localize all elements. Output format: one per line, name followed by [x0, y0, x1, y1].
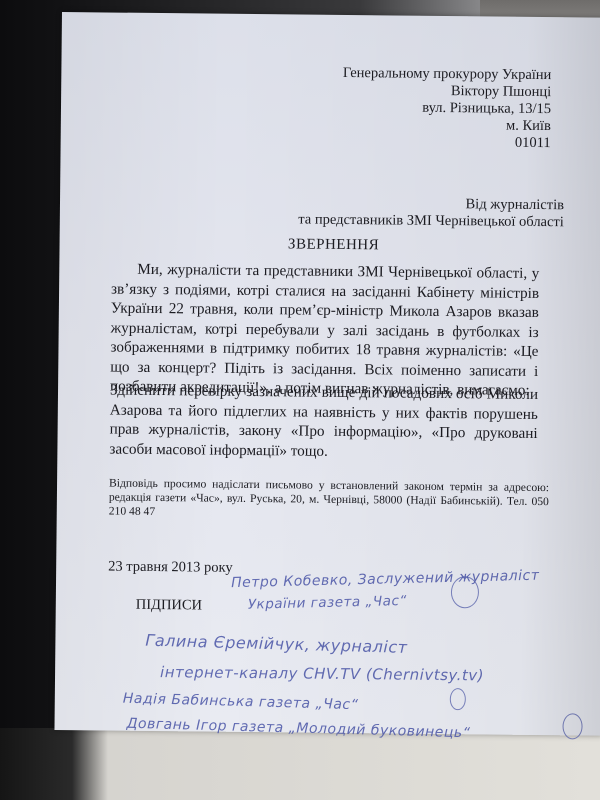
background-table — [0, 728, 600, 800]
document-date: 23 травня 2013 року — [108, 559, 233, 577]
handwritten-signature-line: Петро Кобевко, Заслужений журналіст — [231, 568, 540, 592]
document-title: ЗВЕРНЕННЯ — [59, 234, 600, 257]
body-paragraph: Здійснити перевірку зазначених вище дій … — [109, 381, 538, 463]
addressee-line: Генеральному прокурору України — [343, 65, 552, 84]
addressee-block: Генеральному прокурору України Віктору П… — [342, 65, 551, 152]
addressee-line: Віктору Пшонці — [343, 82, 552, 101]
body-paragraph: Ми, журналісти та представники ЗМІ Черні… — [110, 260, 539, 401]
addressee-line: вул. Різницька, 13/15 — [343, 99, 552, 118]
signature-scrawl-icon — [450, 688, 466, 710]
addressee-line: 01011 — [342, 133, 551, 152]
handwritten-signature-line: Надія Бабинська газета „Час“ — [123, 691, 359, 714]
reply-note: Відповідь просимо надіслати письмово у в… — [109, 477, 549, 524]
handwritten-signature-line: інтернет-каналу CHV.TV (Chernivtsy.tv) — [160, 663, 484, 684]
signature-scrawl-icon — [451, 576, 479, 608]
sender-line: та представників ЗМІ Чернівецької област… — [298, 211, 564, 231]
addressee-line: м. Київ — [342, 116, 551, 135]
letter-page: Генеральному прокурору України Віктору П… — [54, 12, 600, 736]
signatures-label: ПІДПИСИ — [136, 597, 202, 615]
sender-block: Від журналістів та представників ЗМІ Чер… — [298, 194, 564, 231]
handwritten-signature-line: Галина Єремійчук, журналіст — [145, 631, 408, 657]
handwritten-signature-line: України газета „Час“ — [248, 593, 407, 613]
